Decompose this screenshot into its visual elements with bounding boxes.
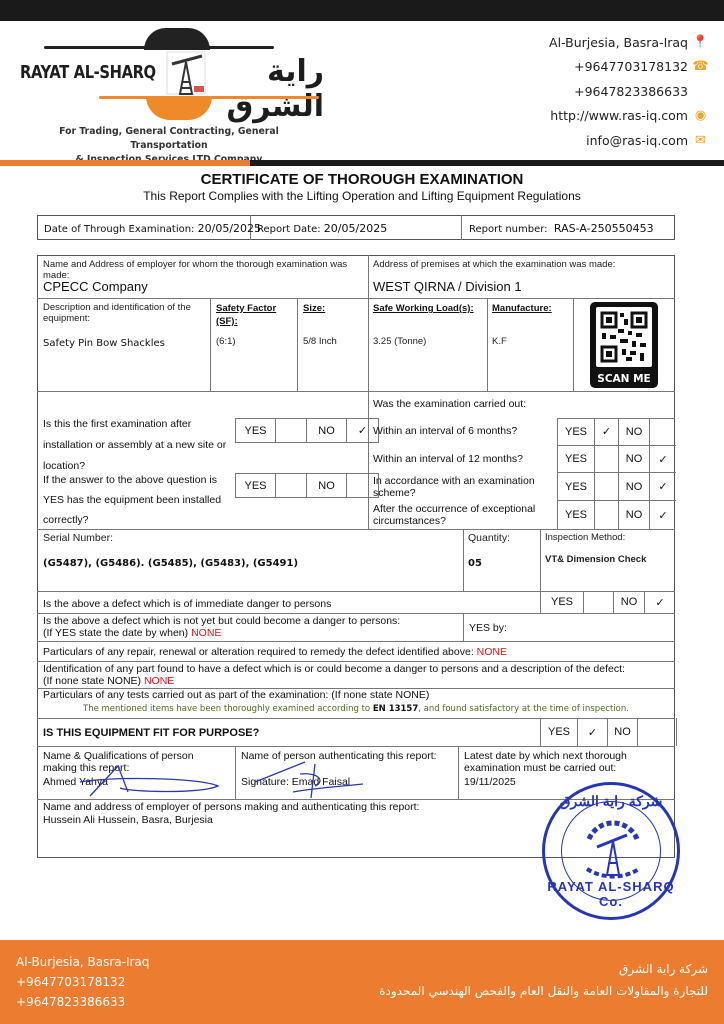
footer-address: Al-Burjesia, Basra-Iraq [16,952,149,972]
no-label: NO [619,446,650,472]
no-label: NO [307,419,347,442]
serial-label: Serial Number: [43,533,113,544]
yes-checkbox[interactable] [276,419,307,442]
yes-label: YES [236,474,276,497]
yes-label: YES [558,446,595,472]
divider [297,298,298,391]
repair-value: NONE [477,646,507,658]
gear-bottom-icon [146,96,212,120]
divider [37,641,675,642]
fit-for-purpose-yes-no: YES ✓ NO [540,718,677,746]
footer-arabic-tagline: للتجارة والمقاولات العامة والنقل العام و… [379,980,708,1002]
next-exam-date: 19/11/2025 [464,776,516,789]
exam-date: Date of Through Examination: 20/05/2025 [44,222,261,236]
company-stamp: شركة راية الشرق RAYAT AL-SHARQ Co. [542,782,680,920]
stamp-text-ar: شركة راية الشرق [545,793,677,810]
report-number: Report number: RAS-A-250550453 [469,222,654,236]
question-exceptional: After the occurrence of exceptional circ… [373,503,553,527]
future-danger-value: NONE [191,627,221,639]
inspection-method-value: VT& Dimension Check [545,554,646,565]
qr-pattern [596,307,652,367]
logo-text-ar: راية الشرق [210,54,324,124]
safety-factor-value: (6:1) [216,336,236,347]
standard-reference: EN 13157 [373,704,418,714]
divider [37,661,675,662]
divider [210,298,211,391]
description-label: Description and identification of the eq… [43,302,203,324]
yes-by-field[interactable]: YES by: [469,622,507,635]
no-label: NO [307,474,347,497]
logo-line [44,46,274,49]
telephone-icon: ☎ [693,59,708,74]
swl-value: 3.25 (Tonne) [373,336,426,347]
question-first-exam: Is this the first examination after inst… [43,414,228,477]
exam-date-label: Date of Through Examination: [44,224,194,235]
divider [461,215,462,240]
yes-checkbox[interactable]: ✓ [578,718,608,746]
future-danger-label: Is the above a defect which is not yet b… [43,615,400,639]
identification-hint: (If none state NONE) [43,675,141,687]
report-number-value: RAS-A-250550453 [554,222,654,235]
divider-orange [0,160,250,166]
manufacture-label: Manufacture: [492,302,552,315]
identification-label: Identification of any part found to have… [43,663,673,675]
qr-code[interactable]: SCAN ME [590,302,658,388]
employer-label: Name and Address of employer for whom th… [43,259,363,281]
scan-me-label: SCAN ME [590,373,658,385]
footer-phone-2: +9647823386633 [16,992,149,1012]
location-pin-icon: 📍 [693,35,708,50]
repair-label: Particulars of any repair, renewal or al… [43,646,474,658]
globe-icon: ◉ [693,108,708,123]
maker-signature [60,760,230,800]
divider [458,746,459,799]
manufacture-value: K.F [492,336,507,347]
future-danger-hint: (If YES state the date by when) [43,627,188,639]
divider [487,298,488,391]
footer: Al-Burjesia, Basra-Iraq +9647703178132 +… [0,940,724,1024]
document-subtitle: This Report Complies with the Lifting Op… [0,189,724,203]
contact-text: +9647703178132 [574,59,688,74]
footer-arabic-company: شركة راية الشرق [379,958,708,980]
question-installed-correctly: If the answer to the above question is Y… [43,470,233,530]
report-number-label: Report number: [469,224,548,235]
yes-label: YES [236,419,276,442]
divider [235,746,236,799]
document-title: CERTIFICATE OF THOROUGH EXAMINATION [0,171,724,188]
yes-label: YES [541,718,578,746]
identification-value: NONE [144,675,174,687]
yes-label: YES [558,501,595,529]
identification-row: Identification of any part found to have… [43,663,673,687]
tests-note-text: , and found satisfactory at the time of … [418,704,629,714]
no-checkbox[interactable]: ✓ [650,501,676,529]
report-employer-label: Name and address of employer of persons … [43,801,419,813]
contact-text: +9647823386633 [574,84,688,99]
inspection-method-label: Inspection Method: [545,532,625,543]
yes-checkbox[interactable] [584,591,614,613]
employer-value: CPECC Company [43,280,148,293]
divider [37,298,675,299]
stamp-pump-icon [583,819,643,879]
immediate-danger-label: Is the above a defect which is of immedi… [43,598,331,611]
size-value: 5/8 Inch [303,336,337,347]
exam-carried-out-heading: Was the examination carried out: [373,398,526,411]
safety-factor-label: Safety Factor (SF): [216,302,291,328]
website-link[interactable]: http://www.ras-iq.com [550,108,688,123]
no-checkbox[interactable] [650,418,676,445]
interval-yes-no-row: YESNO✓ [557,473,676,501]
size-label: Size: [303,302,325,315]
question-12-months: Within an interval of 12 months? [373,453,523,466]
yes-label: YES [541,591,584,613]
no-label: NO [608,718,638,746]
company-logo: RAYAT AL-SHARQ راية الشرق [14,24,324,124]
yes-checkbox[interactable] [276,474,307,497]
contact-address: Al-Burjesia, Basra-Iraq 📍 [549,30,708,55]
immediate-danger-yes-no: YES NO ✓ [540,591,675,613]
logo-text-en: RAYAT AL-SHARQ [20,62,156,83]
divider [463,529,464,591]
divider [37,613,675,614]
yes-checkbox[interactable] [595,446,619,472]
report-date-label: Report Date: [257,224,321,235]
repair-row: Particulars of any repair, renewal or al… [43,646,507,659]
quantity-value: 05 [468,557,482,570]
divider-black [250,160,724,166]
description-value: Safety Pin Bow Shackles [43,337,165,350]
yes-checkbox[interactable] [595,501,619,529]
quantity-label: Quantity: [468,533,510,544]
tests-note-text: The mentioned items have been thoroughly… [83,704,373,714]
no-checkbox[interactable] [638,718,676,746]
no-label: NO [619,418,650,445]
contact-email[interactable]: info@ras-iq.com ✉ [549,128,708,153]
tests-label: Particulars of any tests carried out as … [43,689,429,702]
exam-date-value: 20/05/2025 [198,222,261,235]
oil-pump-icon [166,50,206,96]
no-checkbox[interactable]: ✓ [645,591,675,613]
divider [573,298,574,391]
yes-label: YES [558,473,595,500]
yes-label: YES [558,418,595,445]
qr-code-icon [596,307,652,367]
authenticator-signature [245,752,365,802]
first-exam-yes-no: YES NO ✓ [235,418,379,443]
no-checkbox[interactable]: ✓ [650,473,676,500]
question-exam-scheme: In accordance with an examination scheme… [373,475,553,499]
footer-phone-1: +9647703178132 [16,972,149,992]
interval-yes-no-row: YESNO✓ [557,501,676,529]
interval-yes-no-row: YES✓NO [557,418,676,446]
stamp-text-en: RAYAT AL-SHARQ Co. [545,879,677,909]
no-label: NO [614,591,645,613]
future-danger-text: Is the above a defect which is not yet b… [43,615,400,627]
divider [37,391,675,392]
footer-arabic: شركة راية الشرق للتجارة والمقاولات العام… [379,958,708,1002]
top-black-bar [0,0,724,21]
divider [37,529,675,530]
premises-label: Address of premises at which the examina… [373,259,615,270]
no-checkbox[interactable]: ✓ [650,446,676,472]
report-employer-value: Hussein Ali Hussein, Basra, Burjesia [43,814,213,827]
footer-contacts: Al-Burjesia, Basra-Iraq +9647703178132 +… [16,952,149,1012]
email-link[interactable]: info@ras-iq.com [586,133,688,148]
envelope-icon: ✉ [693,133,708,148]
no-label: NO [619,473,650,500]
tagline-line: For Trading, General Contracting, Genera… [25,125,313,153]
tests-note: The mentioned items have been thoroughly… [37,703,675,716]
question-6-months: Within an interval of 6 months? [373,425,517,438]
fit-for-purpose-label: IS THIS EQUIPMENT FIT FOR PURPOSE? [43,727,259,740]
report-date: Report Date: 20/05/2025 [257,222,387,236]
divider [540,529,541,591]
installed-correctly-yes-no: YES NO [235,473,379,498]
interval-yes-no-row: YESNO✓ [557,446,676,473]
header-contacts: Al-Burjesia, Basra-Iraq 📍 +9647703178132… [549,30,708,153]
serial-value: (G5487), (G5486). (G5485), (G5483), (G54… [43,557,298,570]
contact-phone-2: +9647823386633 [549,79,708,104]
contact-website[interactable]: http://www.ras-iq.com ◉ [549,104,708,129]
no-label: NO [619,501,650,529]
report-date-value: 20/05/2025 [324,222,387,235]
contact-text: Al-Burjesia, Basra-Iraq [549,35,688,50]
divider [37,746,675,747]
divider [463,613,464,641]
yes-checkbox[interactable] [595,473,619,500]
contact-phone-1: +9647703178132 ☎ [549,55,708,80]
premises-value: WEST QIRNA / Division 1 [373,280,522,293]
yes-checkbox[interactable]: ✓ [595,418,619,445]
swl-label: Safe Working Load(s): [373,302,474,315]
next-exam-label: Latest date by which next thorough exami… [464,750,664,774]
